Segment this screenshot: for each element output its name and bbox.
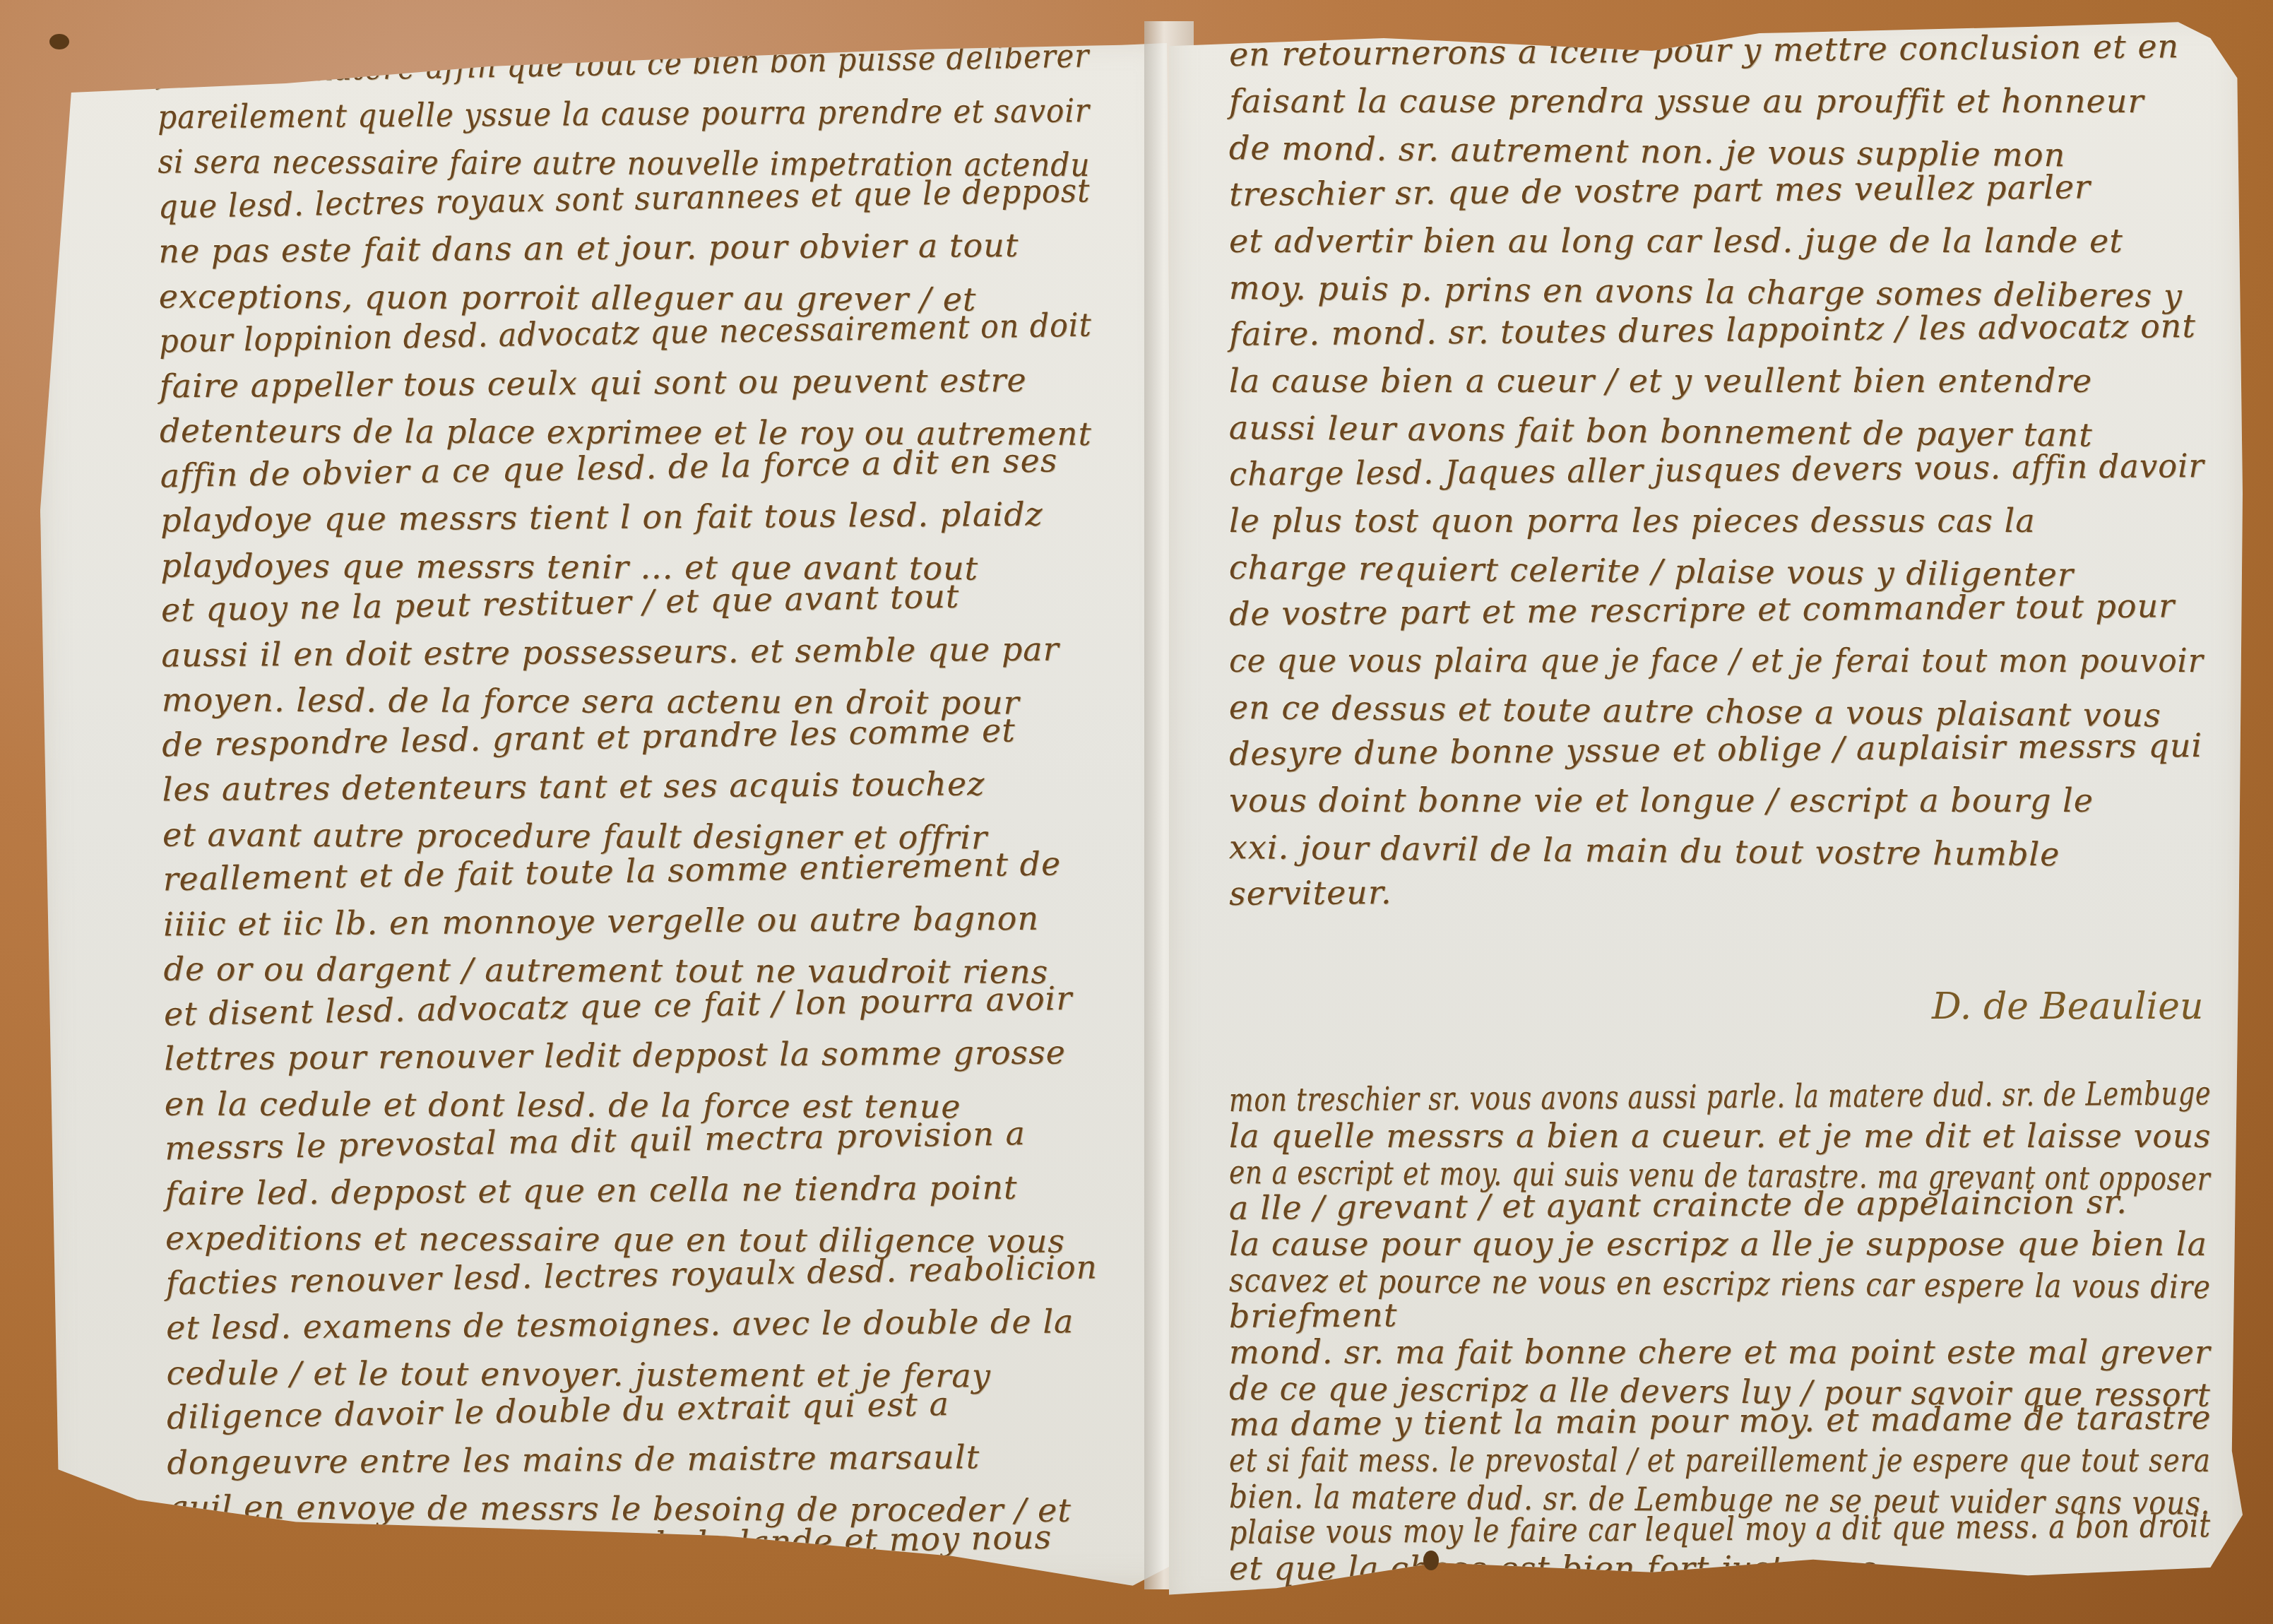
manuscript-line: desyre dune bonne yssue et oblige / aupl… <box>1229 726 2204 773</box>
manuscript-line: dongeuvre entre les mains de maistre mar… <box>167 1437 1099 1481</box>
paper-hole-mark <box>49 34 69 49</box>
manuscript-line: plaise vous moy le faire car lequel moy … <box>1229 1507 2075 1551</box>
manuscript-line: pareilement quelle yssue la cause pourra… <box>158 91 1014 135</box>
signature: D. de Beaulieu <box>1932 985 2204 1028</box>
manuscript-line: ma dame y tient la main pour moy. et mad… <box>1229 1398 2198 1443</box>
manuscript-line: faire appeller tous ceulx qui sont ou pe… <box>160 360 1092 405</box>
manuscript-line: a lle / grevant / et ayant craincte de a… <box>1229 1182 2211 1227</box>
manuscript-line: ne pas este fait dans an et jour. pour o… <box>158 225 1091 270</box>
manuscript-line: lettres pour renouver ledit deppost la s… <box>164 1033 1096 1077</box>
manuscript-line: serviteur. <box>1229 866 2204 913</box>
ink-blot-mark <box>1423 1551 1439 1570</box>
manuscript-line: treschier sr. que de vostre part mes veu… <box>1229 167 2204 213</box>
manuscript-line: la quelle messrs a bien a cueur. et je m… <box>1229 1117 2202 1155</box>
manuscript-line: et advertir bien au long car lesd. juge … <box>1229 222 2204 260</box>
manuscript-line: faisant la cause prendra yssue au prouff… <box>1229 82 2204 120</box>
manuscript-line: en retournerons a icelle pour y mettre c… <box>1229 27 2204 73</box>
manuscript-line: aussi il en doit estre possesseurs. et s… <box>161 629 1093 674</box>
manuscript-line: iiiic et iic lb. en monnoye vergelle ou … <box>163 899 1096 943</box>
manuscript-line: vous doint bonne vie et longue / escript… <box>1229 781 2204 819</box>
manuscript-line: le plus tost quon porra les pieces dessu… <box>1229 502 2204 540</box>
manuscript-line: de vostre part et me rescripre et comman… <box>1229 586 2204 633</box>
manuscript-line: et lesd. examens de tesmoignes. avec le … <box>166 1302 1098 1346</box>
manuscript-line: playdoye que messrs tient l on fait tous… <box>160 494 1093 539</box>
left-page-text-block: fuant ala matere affin que tout ce bien … <box>37 38 1167 46</box>
manuscript-line: ce fait justement lesd. juge de la lande… <box>167 1517 1100 1571</box>
manuscript-line: ce que vous plaira que je face / et je f… <box>1229 641 2162 680</box>
manuscript-line: mon treschier sr. vous avons aussi parle… <box>1229 1075 2010 1119</box>
manuscript-line: faire. mond. sr. toutes dures lappointz … <box>1229 307 2204 353</box>
manuscript-line: mond. sr. ma fait bonne chere et ma poin… <box>1229 1333 2193 1371</box>
manuscript-line: charge lesd. Jaques aller jusques devers… <box>1229 446 2180 493</box>
manuscript-line: faire led. deppost et que en cella ne ti… <box>165 1168 1098 1212</box>
manuscript-line: briefment <box>1229 1290 2211 1335</box>
manuscript-line: et si fait mess. le prevostal / et parei… <box>1229 1441 2055 1479</box>
manuscript-line: et que la chose est bien fort juste que … <box>1229 1549 2211 1587</box>
manuscript-line: la cause bien a cueur / et y veullent bi… <box>1229 362 2204 400</box>
manuscript-line: fuant ala matere affin que tout ce bien … <box>157 38 1004 91</box>
manuscript-line: la cause pour quoy je escripz a lle je s… <box>1229 1225 2211 1263</box>
left-manuscript-page: fuant ala matere affin que tout ce bien … <box>37 38 1177 1593</box>
manuscript-line: les autres detenteurs tant et ses acquis… <box>162 764 1095 808</box>
right-manuscript-page: en retournerons a icelle pour y mettre c… <box>1169 14 2243 1611</box>
